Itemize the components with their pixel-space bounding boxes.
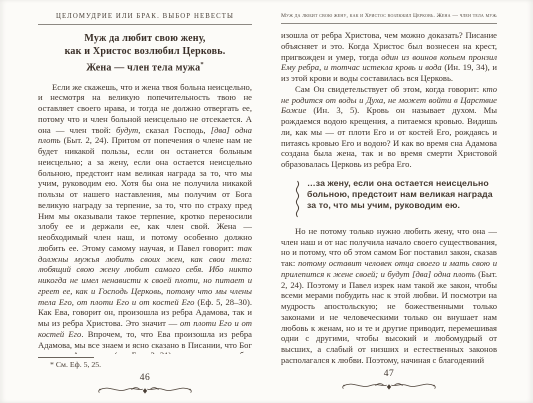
running-header-right: Муж да любит свою жену, как и Христос во… [281,13,497,24]
footnote-text: * См. Еф. 5, 25. [38,360,252,369]
running-header-right-text: Муж да любит свою жену, как и Христос во… [281,13,497,19]
body-text-left: Если же скажешь, что и жена твоя больна … [38,82,252,354]
chapter-heading: Муж да любит свою жену, как и Христос во… [38,33,252,75]
paragraph: изошла от ребра Христова, чем можно дока… [281,30,497,84]
scripture-quote-run: потому оставит человек отца своего и мат… [281,258,497,279]
text-run: (Быт. 2, 24). Поэтому и Павел изрек нам … [281,269,497,365]
page-left: ЦЕЛОМУДРИЕ ИЛИ БРАК. ВЫБОР НЕВЕСТЫ Муж д… [0,0,266,403]
page-number-left: 46 [38,373,252,383]
scripture-quote-run: будут [116,125,138,135]
paragraph: Но не потому только нужно любить жену, ч… [281,226,497,366]
body-text-right: изошла от ребра Христова, чем можно дока… [281,30,497,366]
chapter-heading-line: как и Христос возлюбил Церковь. [38,46,252,59]
text-run: (Быт. 2, 24). Притом от попечения о член… [38,135,252,253]
rope-ornament [295,180,300,218]
text-run: …за жену, если она остается неисцельно б… [307,178,493,210]
scripture-quote-run: сон [99,350,111,353]
book-spread: ЦЕЛОМУДРИЕ ИЛИ БРАК. ВЫБОР НЕВЕСТЫ Муж д… [0,0,533,403]
page-right: Муж да любит свою жену, как и Христос во… [266,0,533,403]
text-run: , сказал Господь, [138,125,210,135]
text-run: (Ин. 3, 5). Кровь он называет духом. Мы … [281,105,497,169]
flourish-ornament [95,383,195,396]
footnote-reference-mark: * [200,61,203,68]
pull-quote: …за жену, если она остается неисцельно б… [295,178,497,218]
text-run: Сам Он свидетельствует об этом, когда го… [295,84,483,94]
page-number-right: 47 [281,369,497,379]
chapter-heading-line: Жена — член тела мужа* [38,59,252,75]
flourish-ornament [339,379,439,392]
footnote-block: * См. Еф. 5, 25. [38,357,252,369]
footnote-separator [38,357,94,358]
chapter-heading-line: Муж да любит свою жену, [38,33,252,46]
paragraph: Сам Он свидетельствует об этом, когда го… [281,84,497,170]
page-footer-right: 47 [281,369,497,403]
paragraph: Если же скажешь, что и жена твоя больна … [38,82,252,354]
running-header-left: ЦЕЛОМУДРИЕ ИЛИ БРАК. ВЫБОР НЕВЕСТЫ [38,13,252,25]
page-footer-left: 46 [38,373,252,403]
running-header-left-text: ЦЕЛОМУДРИЕ ИЛИ БРАК. ВЫБОР НЕВЕСТЫ [56,13,234,20]
pull-quote-text: …за жену, если она остается неисцельно б… [307,178,497,212]
